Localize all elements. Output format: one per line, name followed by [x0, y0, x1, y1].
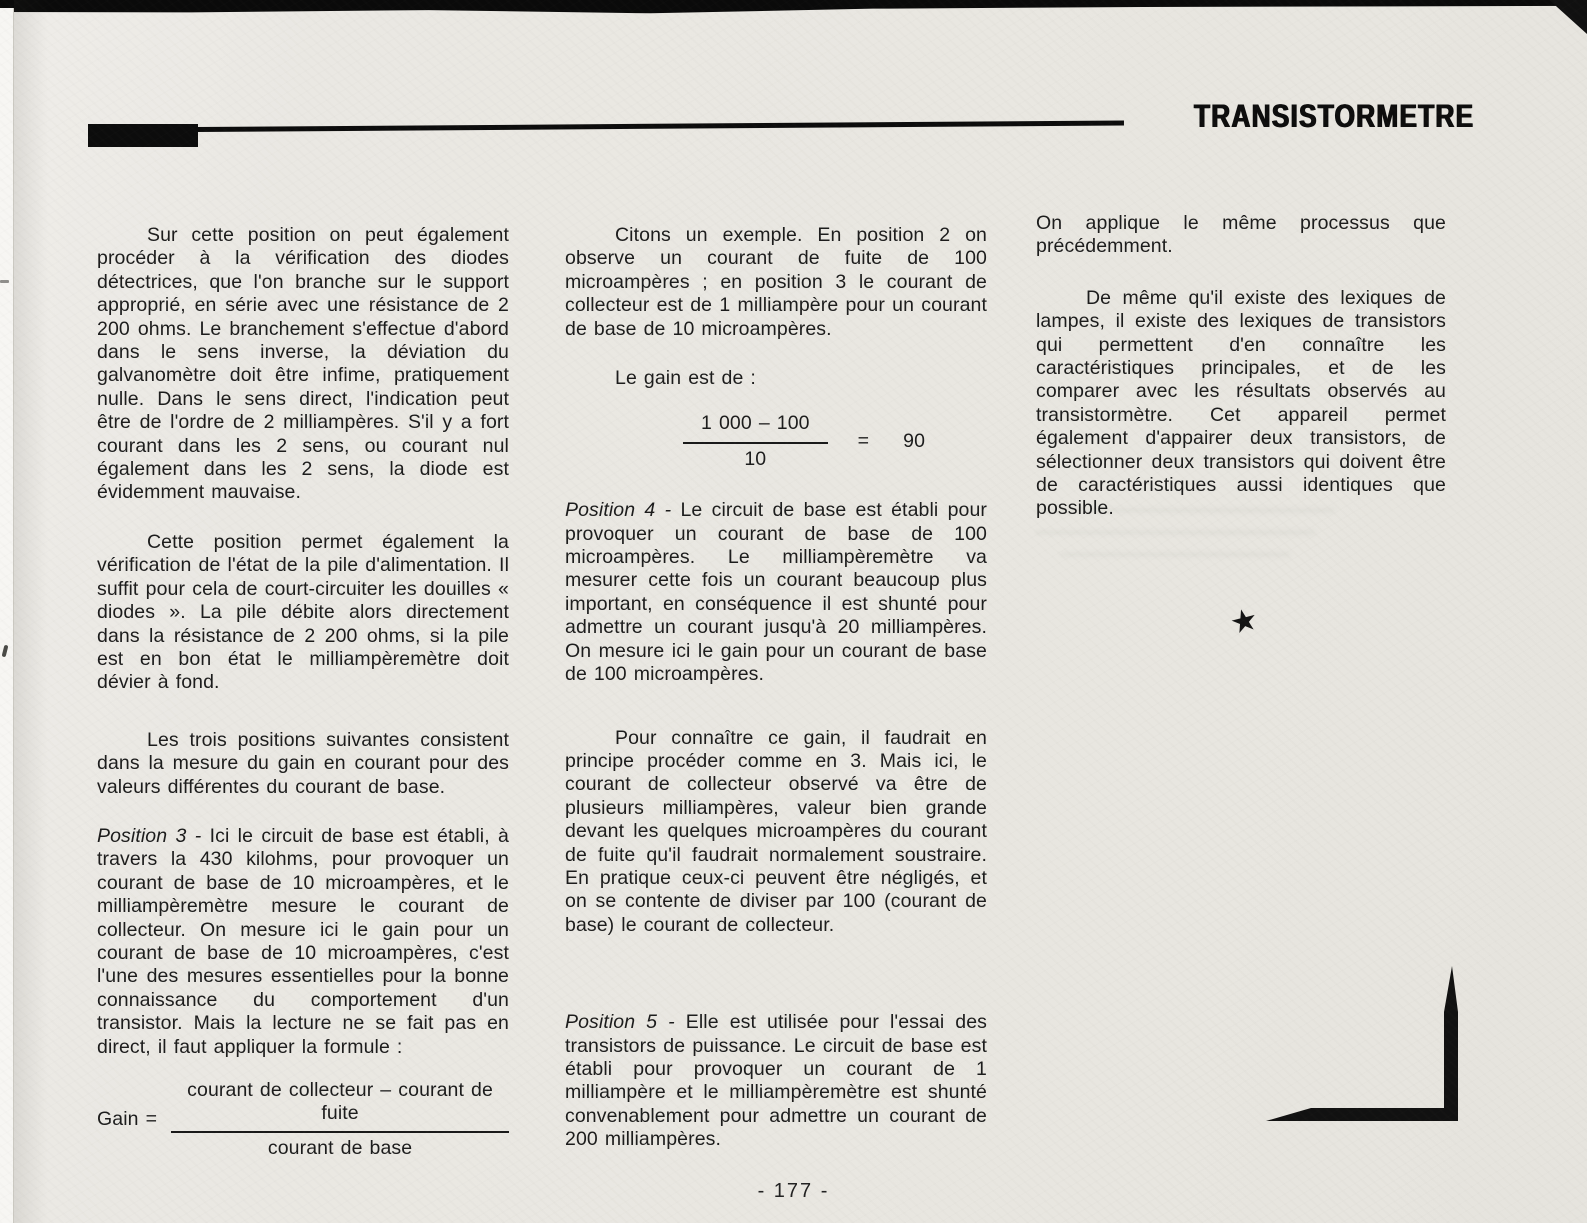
- column-1: Sur cette position on peut également pro…: [97, 224, 509, 1160]
- paragraph-same-process: On applique le même processus que précéd…: [1036, 212, 1446, 259]
- scanned-magazine-page: TRANSISTORMETRE Sur cette position on pe…: [0, 0, 1587, 1223]
- position-5-label: Position 5 -: [565, 1011, 675, 1033]
- position-4-label: Position 4 -: [565, 499, 671, 521]
- column-3: On applique le même processus que précéd…: [1036, 212, 1446, 635]
- position-3-text: Ici le circuit de base est établi, à tra…: [97, 825, 509, 1058]
- paragraph-position-5: Position 5 - Elle est utilisée pour l'es…: [565, 1011, 987, 1151]
- gain-formula-lhs: Gain =: [97, 1108, 157, 1131]
- example-formula: 1 000 – 100 10 = 90: [683, 412, 987, 471]
- scan-artifact-mark: [0, 280, 9, 283]
- page-number: - 177 -: [0, 1180, 1587, 1203]
- gain-formula: Gain = courant de collecteur – courant d…: [97, 1079, 509, 1160]
- page-curve-shadow: [14, 0, 48, 1223]
- position-3-label: Position 3 -: [97, 825, 201, 847]
- header-rule-thin-line: [196, 121, 1124, 132]
- page-title: TRANSISTORMETRE: [1194, 98, 1440, 135]
- gain-formula-denominator: courant de base: [171, 1133, 509, 1160]
- column-2: Citons un exemple. En position 2 on obse…: [565, 224, 987, 1178]
- corner-bracket-mark: [1260, 960, 1465, 1128]
- paragraph-gain-intro: Les trois positions suivantes consistent…: [97, 729, 509, 799]
- header-rule-thick-bar: [88, 124, 198, 147]
- paragraph-example: Citons un exemple. En position 2 on obse…: [565, 224, 987, 341]
- example-formula-result: 90: [903, 430, 925, 453]
- scan-edge-left: [0, 8, 14, 1223]
- example-formula-numerator: 1 000 – 100: [683, 412, 828, 443]
- paragraph-gain-is: Le gain est de :: [565, 367, 987, 390]
- gain-formula-fraction: courant de collecteur – courant de fuite…: [171, 1079, 509, 1160]
- example-formula-equals: =: [858, 430, 870, 453]
- example-formula-denominator: 10: [683, 444, 828, 471]
- paragraph-lexiques: De même qu'il existe des lexiques de lam…: [1036, 287, 1446, 521]
- paragraph-position-4: Position 4 - Le circuit de base est étab…: [565, 499, 987, 686]
- paragraph-gain-knowing: Pour connaître ce gain, il faudrait en p…: [565, 727, 987, 938]
- position-4-text: Le circuit de base est établi pour provo…: [565, 499, 987, 685]
- paragraph-diodes-check: Sur cette position on peut également pro…: [97, 224, 509, 505]
- paragraph-battery-check: Cette position permet également la vérif…: [97, 531, 509, 695]
- scan-edge-top: [0, 0, 1587, 14]
- section-divider-star-icon: ★: [1227, 600, 1273, 639]
- example-formula-fraction: 1 000 – 100 10: [683, 412, 828, 471]
- gain-formula-numerator: courant de collecteur – courant de fuite: [171, 1079, 509, 1133]
- paragraph-position-3: Position 3 - Ici le circuit de base est …: [97, 825, 509, 1059]
